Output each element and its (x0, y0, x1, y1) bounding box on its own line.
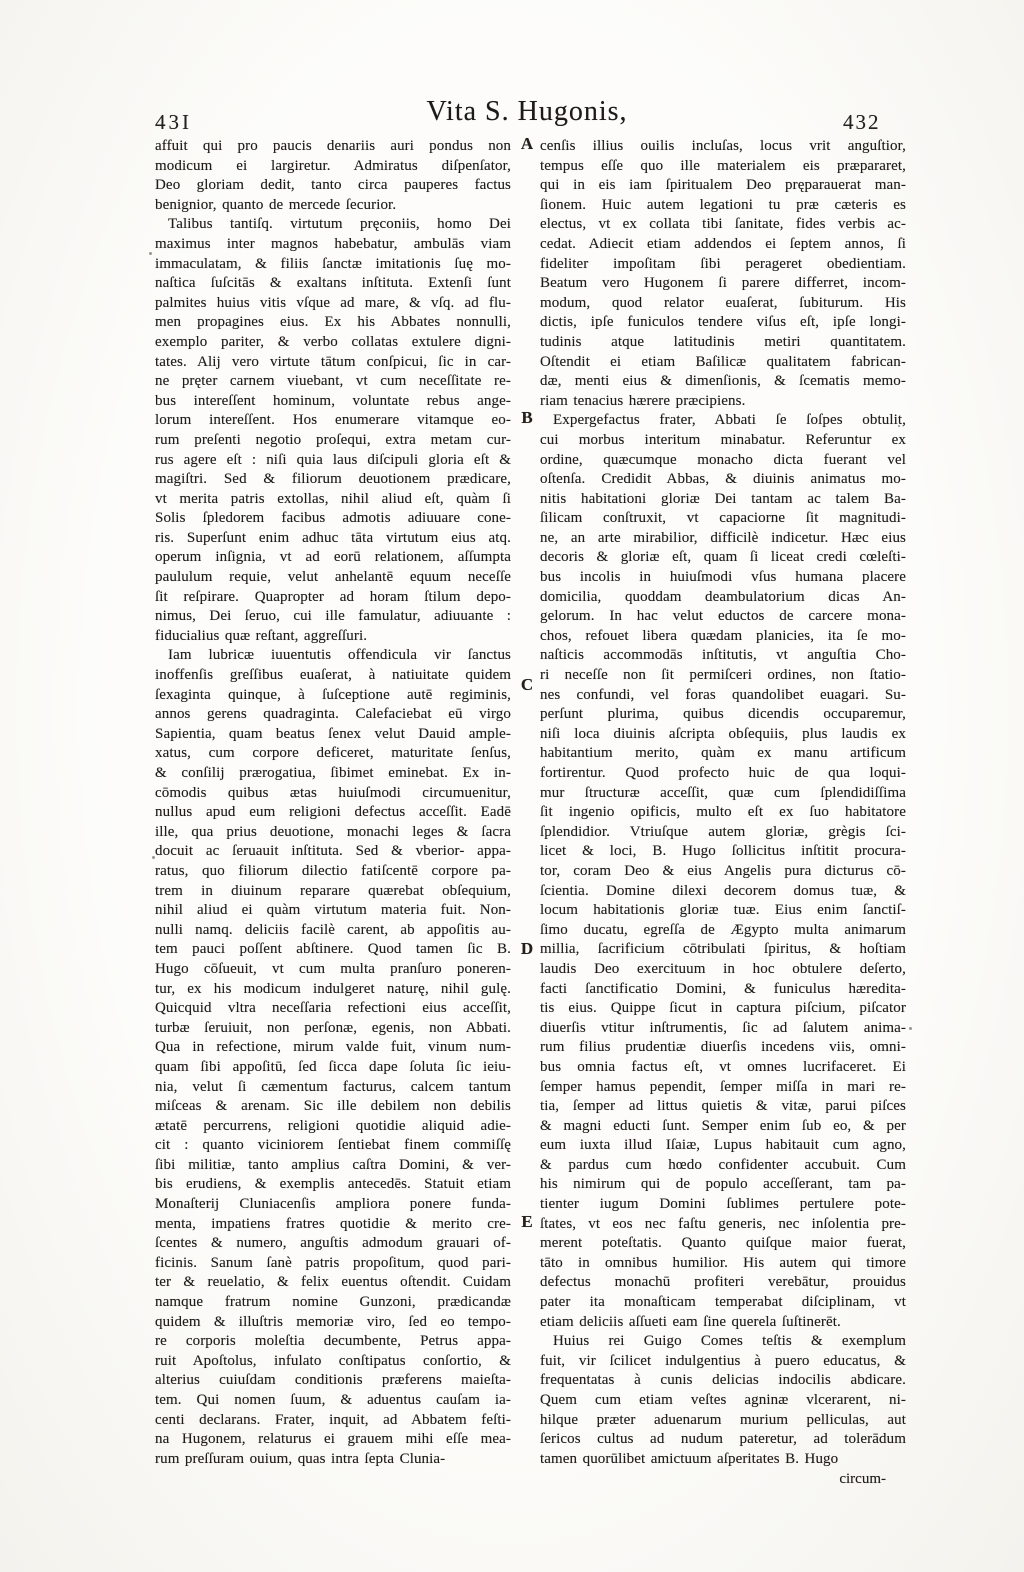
text-line: ordine, quæcumque monacho dicta fuerant … (540, 451, 906, 471)
catchword: circum- (540, 1470, 886, 1490)
book-page: 43I Vita S. Hugonis, 432 A B C D E affui… (0, 0, 1024, 1572)
text-line: nullus apud eum religioni defectus acceſ… (155, 803, 511, 823)
text-line: nia, velut ſi cæmentum facturus, calcem … (155, 1078, 511, 1098)
running-title: Vita S. Hugonis, (427, 96, 628, 128)
text-line: fuit, vir ſcilicet indulgentius à puero … (540, 1352, 906, 1372)
text-line: rus agere eſt : niſi quia laus diſcipuli… (155, 451, 511, 471)
text-line: ſcientia. Domine dilexi decorem domus tu… (540, 882, 906, 902)
text-line: magiſtri. Sed & filiorum deuotionem præd… (155, 470, 511, 490)
text-line: Deo gloriam dedit, tanto circa pauperes … (155, 176, 511, 196)
text-line: fideliter impoſitam ſibi perageret obedi… (540, 255, 906, 275)
text-line: ſit reſpirare. Quapropter ad horam ſtilu… (155, 588, 511, 608)
text-line: benignior, quanto de mercede ſecurior. (155, 196, 511, 216)
text-line: Oſtendit ei etiam Baſilicæ qualitatem fa… (540, 353, 906, 373)
text-line: Expergefactus frater, Abbati ſe ſoſpes o… (540, 411, 906, 431)
text-line: fiducialius quæ reſtant, aggreſſuri. (155, 627, 511, 647)
text-line: nes confundi, vel foras quandolibet euag… (540, 686, 906, 706)
text-line: paululum requie, velut anhelantē equum n… (155, 568, 511, 588)
text-line: alterius cuiuſdam conditionis præferens … (155, 1371, 511, 1391)
text-line: ſit ingenio opificis, multo eſt ex ſuo h… (540, 803, 906, 823)
text-line: eum iuxta illud Iſaiæ, Lupus habitauit c… (540, 1136, 906, 1156)
text-line: Iam lubricæ iuuentutis offendicula vir ſ… (155, 646, 511, 666)
text-line: menta, impatiens fratres quotidie & meri… (155, 1215, 511, 1235)
text-line: immaculatam, & filiis ſanctæ imitationis… (155, 255, 511, 275)
text-column-right: cenſis illius ouilis incluſas, locus vri… (540, 137, 906, 1469)
text-line: cenſis illius ouilis incluſas, locus vri… (540, 137, 906, 157)
text-line: ſericos cultus ad nudum pateretur, ad to… (540, 1430, 906, 1450)
text-line: tempus eſſe quo ille materialem eis præp… (540, 157, 906, 177)
text-line: millia, ſacrificium cōtribulati ſpiritus… (540, 940, 906, 960)
text-line: centi declarans. Frater, inquit, ad Abba… (155, 1411, 511, 1431)
margin-letter-a: A (515, 134, 539, 154)
text-line: riam tenacius hærere præcipiens. (540, 392, 906, 412)
text-line: ſemper hamus pependit, ſemper miſſa in m… (540, 1078, 906, 1098)
text-line: gelorum. In hac velut eductos de carcere… (540, 607, 906, 627)
text-line: bus intereſſent hominum, voluntate rebus… (155, 392, 511, 412)
text-line: xatus, cum corpore deficeret, maturitate… (155, 744, 511, 764)
text-line: ficinis. Sanum ſanè patris propoſitum, q… (155, 1254, 511, 1274)
text-line: perſunt plurima, quibus dicendis occupar… (540, 705, 906, 725)
text-line: & conſilij prærogatiua, ſibimet eminebat… (155, 764, 511, 784)
text-line: domicilia, quoddam deambulatorium dicas … (540, 588, 906, 608)
text-line: tor, coram Deo & eius Angelis pura dictu… (540, 862, 906, 882)
text-line: nulli namq. deliciis facilè carent, ab a… (155, 921, 511, 941)
text-column-left: affuit qui pro paucis denariis auri pond… (155, 137, 511, 1469)
text-line: namque fratrum nomine Gunzoni, prædicand… (155, 1293, 511, 1313)
text-line: modum, quod relator euaſerat, ſubiturum.… (540, 294, 906, 314)
text-line: cedat. Adiecit etiam addendos ei ſeptem … (540, 235, 906, 255)
text-line: annos gerens quadraginta. Calefaciebat e… (155, 705, 511, 725)
text-line: Quem cum etiam veſtes agninæ vlcerarent,… (540, 1391, 906, 1411)
text-line: frequentatas à cunis delicias indocilis … (540, 1371, 906, 1391)
text-line: turbæ ſeruiuit, non perſonæ, egenis, non… (155, 1019, 511, 1039)
text-line: tem pauci poſſent abſtinere. Quod tamen … (155, 940, 511, 960)
text-line: naſtica ſuſcitās & exaltans inſtituta. E… (155, 274, 511, 294)
text-line: bus omnia factus eſt, vt omnes lucriface… (540, 1058, 906, 1078)
text-line: & pardus cum hœdo confidenter accubuit. … (540, 1156, 906, 1176)
text-line: tates. Alij vero virtute tātum conſpicui… (155, 353, 511, 373)
text-line: docuit ac ſeruauit inſtituta. Sed & vber… (155, 842, 511, 862)
text-line: cui morbus interitum minabatur. Referunt… (540, 431, 906, 451)
text-line: tur, ex his modicum indulgeret naturę, n… (155, 980, 511, 1000)
text-line: maximus inter magnos habebatur, ambulās … (155, 235, 511, 255)
text-line: lorum intereſſent. Hos enumerare vitamqu… (155, 411, 511, 431)
text-line: bus incolis in huiuſmodi vſus humana pla… (540, 568, 906, 588)
text-line: Sapientia, quam beatus ſenex velut Dauid… (155, 725, 511, 745)
text-line: decoris & gloriæ eſt, quam ſi liceat cre… (540, 548, 906, 568)
text-line: chos, refouet libera quædam planicies, i… (540, 627, 906, 647)
margin-letter-c: C (515, 675, 539, 695)
text-line: nihil aliud ei quàm virtutum materia fui… (155, 901, 511, 921)
page-number-right: 432 (843, 110, 881, 135)
text-line: Beatum vero Hugonem ſi parere differret,… (540, 274, 906, 294)
text-line: Monaſterij Cluniacenſis ampliora ponere … (155, 1195, 511, 1215)
text-line: habitantium merito, quàm ex manu artific… (540, 744, 906, 764)
text-line: miſceas & arenam. Sic ille debilem non d… (155, 1097, 511, 1117)
text-line: nitis habitationi gloriæ Dei tantam ac t… (540, 490, 906, 510)
text-line: Qua in refectione, mirum valde fuit, vin… (155, 1038, 511, 1058)
text-line: ſionem. Huic autem legationi tu præ cæte… (540, 196, 906, 216)
text-line: bis erudiens, & exemplis antecedēs. Stat… (155, 1175, 511, 1195)
text-line: licet & loci, B. Hugo ſollicitus inſtiti… (540, 842, 906, 862)
text-line: ſcentes & numero, anguſtis admodum graua… (155, 1234, 511, 1254)
text-line: nimus, Dei ſeruo, cui ille famulatur, ad… (155, 607, 511, 627)
text-line: ætatē percurrens, religioni quotidie ali… (155, 1117, 511, 1137)
text-line: ſtates, vt eos nec faſtu generis, nec in… (540, 1215, 906, 1235)
text-line: hilque præter aduenarum murium pellicula… (540, 1411, 906, 1431)
text-line: facti ſanctificatio Domini, & funiculus … (540, 980, 906, 1000)
ink-speck (149, 252, 152, 255)
text-line: tis eius. Quippe ſicut in captura piſciu… (540, 999, 906, 1019)
text-line: ri neceſſe non ſit permiſceri ordines, n… (540, 666, 906, 686)
text-line: rum filius prudentiæ diuerſis incedens v… (540, 1038, 906, 1058)
text-line: Huius rei Guigo Comes teſtis & exemplum (540, 1332, 906, 1352)
text-line: ſplendidior. Vtriuſque autem gloriæ, grè… (540, 823, 906, 843)
text-line: laudis Deo exercituum in hoc obtulere de… (540, 960, 906, 980)
text-line: re corporis moleſtia decumbente, Petrus … (155, 1332, 511, 1352)
text-line: ris. Superſunt enim adhuc tāta virtutum … (155, 529, 511, 549)
text-line: quidem & illuſtris memoriæ viro, ſed eo … (155, 1313, 511, 1333)
margin-letter-e: E (515, 1212, 539, 1232)
text-line: Talibus tantiſq. virtutum pręconiis, hom… (155, 215, 511, 235)
text-line: inoffenſis greſſibus euaſerat, à natiuit… (155, 666, 511, 686)
text-line: tienter iugum Domini ſublimes pertulere … (540, 1195, 906, 1215)
text-line: ne pręter carnem viuebant, vt cum neceſſ… (155, 372, 511, 392)
text-line: locum habitationis gloriæ tuæ. Eius enim… (540, 901, 906, 921)
text-line: ruit Apoſtolus, infulato conſtipatus con… (155, 1352, 511, 1372)
margin-letter-d: D (515, 939, 539, 959)
text-line: merent poteſtatis. Quanto quiſque maior … (540, 1234, 906, 1254)
text-line: tāto in omnibus humilior. His autem qui … (540, 1254, 906, 1274)
text-line: exemplo pariter, & verbo collatas extule… (155, 333, 511, 353)
text-line: cōmodis quibus ætas huiuſmodi circumueni… (155, 784, 511, 804)
ink-speck (898, 425, 900, 427)
text-line: dictis, ipſe funiculos tendere viſus eſt… (540, 313, 906, 333)
text-line: electus, vt ex collata tibi ſanitate, fi… (540, 215, 906, 235)
text-line: dæ, menti eius & dimenſionis, & ſcematis… (540, 372, 906, 392)
ink-speck (909, 1027, 912, 1030)
text-line: men propagines eius. Ex his Abbates nonn… (155, 313, 511, 333)
text-line: modicum ei largiretur. Admiratus diſpenſ… (155, 157, 511, 177)
text-line: ſimo ducatu, egreſſa de Ægypto multa ani… (540, 921, 906, 941)
text-line: quam ſibi appoſitū, ſed ſicca dape ſolut… (155, 1058, 511, 1078)
text-line: affuit qui pro paucis denariis auri pond… (155, 137, 511, 157)
text-line: rum preſſuram ouium, quas intra ſepta Cl… (155, 1450, 511, 1470)
page-header: 43I Vita S. Hugonis, 432 (0, 92, 1024, 138)
text-line: & magni educti ſunt. Semper enim ſub eo,… (540, 1117, 906, 1137)
text-line: tia, ſemper ad littus quietis & vitæ, pa… (540, 1097, 906, 1117)
text-line: etiam deliciis aſſueti eam ſine querela … (540, 1313, 906, 1333)
page-number-left: 43I (155, 110, 192, 135)
text-line: tudinis atque latitudinis metiri quantit… (540, 333, 906, 353)
text-line: Quicquid vltra neceſſaria refectioni eiu… (155, 999, 511, 1019)
text-line: ſilicam conſtruxit, vt capaciorne ſit ma… (540, 509, 906, 529)
text-line: palmites huius vitis vſque ad mare, & vſ… (155, 294, 511, 314)
text-line: defectus monachū profiteri verebātur, pr… (540, 1273, 906, 1293)
text-line: ne, an arte mirabilior, difficilè indice… (540, 529, 906, 549)
text-line: naſticis accommodās inſtitutis, vt anguſ… (540, 646, 906, 666)
text-line: tamen quorūlibet amictuum aſperitates B.… (540, 1450, 906, 1470)
text-line: ter & reuelatio, & felix euentus oſtendi… (155, 1273, 511, 1293)
text-line: ille, qua prius deuotione, monachi leges… (155, 823, 511, 843)
text-line: trem in diuinum reparare quærebat obſequ… (155, 882, 511, 902)
text-line: tem. Qui nomen ſuum, & aduentus cauſam i… (155, 1391, 511, 1411)
text-line: diuerſis vtitur inſtrumentis, ſic ad ſal… (540, 1019, 906, 1039)
margin-letter-b: B (515, 408, 539, 428)
text-line: niſi loca diuinis aſcripta obſequiis, pl… (540, 725, 906, 745)
text-line: na Hugonem, relaturus ei grauem mihi eſſ… (155, 1430, 511, 1450)
text-line: mur ſtructuræ acceſſit, quæ cum ſplendid… (540, 784, 906, 804)
text-line: Hugo cōſueuit, vt cum multa pranſuro pon… (155, 960, 511, 980)
text-line: his nimirum qui de populo acceſſerant, t… (540, 1175, 906, 1195)
text-line: oſtenſa. Credidit Abbas, & diuinis anima… (540, 470, 906, 490)
text-line: pater ita monaſticam temperabat diſcipli… (540, 1293, 906, 1313)
text-line: ratus, quo filiorum dilectio fatiſcentē … (155, 862, 511, 882)
text-line: ſibi militiæ, tanto amplius caſtra Domin… (155, 1156, 511, 1176)
text-line: fortirentur. Quod profecto huic de qua l… (540, 764, 906, 784)
text-line: vt merita patris extollas, nihil aliud e… (155, 490, 511, 510)
ink-speck (152, 856, 155, 859)
text-line: qui in eis iam ſpiritualem Deo pręparaue… (540, 176, 906, 196)
text-line: Solis ſpledorem facibus admotis adiuuare… (155, 509, 511, 529)
text-line: rum preſenti negotio proſequi, extra met… (155, 431, 511, 451)
text-line: cit : quanto viciniorem ſentiebat finem … (155, 1136, 511, 1156)
text-line: operum inſignia, vt ad eorū relationem, … (155, 548, 511, 568)
text-line: ſexaginta quinque, à ſuſceptione autē re… (155, 686, 511, 706)
